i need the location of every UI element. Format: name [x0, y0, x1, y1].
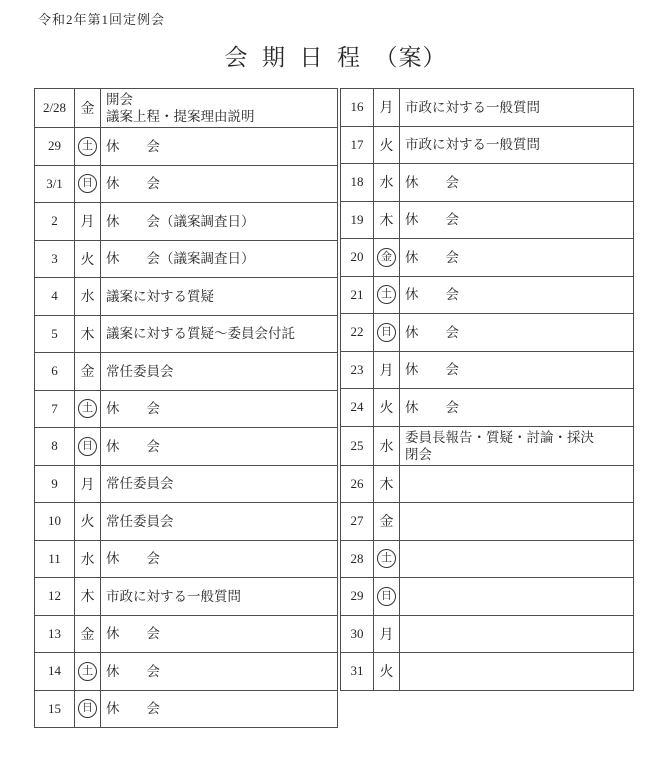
weekday-cell: 水 [374, 164, 400, 202]
agenda-line: 議案に対する質疑 [106, 288, 332, 305]
date-cell: 2 [35, 203, 75, 241]
date-cell: 8 [35, 428, 75, 466]
agenda-cell: 委員長報告・質疑・討論・採決閉会 [400, 426, 634, 465]
schedule-row: 11水休 会 [35, 540, 338, 578]
date-cell: 9 [35, 465, 75, 503]
agenda-cell: 常任委員会 [101, 353, 338, 391]
weekday-cell: 月 [75, 465, 101, 503]
document-page: 令和2年第1回定例会 会 期 日 程 （案） 2/28金開会議案上程・提案理由説… [0, 0, 671, 779]
agenda-line: 常任委員会 [106, 513, 332, 530]
session-label: 令和2年第1回定例会 [38, 9, 165, 28]
holiday-circle-mark: 土 [78, 662, 97, 681]
schedule-table-left: 2/28金開会議案上程・提案理由説明29土休 会3/1日休 会2月休 会（議案調… [34, 88, 338, 728]
weekday-cell: 木 [374, 201, 400, 239]
schedule-row: 28土 [341, 540, 634, 578]
weekday-cell: 火 [75, 240, 101, 278]
date-cell: 17 [341, 126, 374, 164]
schedule-row: 17火市政に対する一般質問 [341, 126, 634, 164]
agenda-cell: 休 会（議案調査日） [101, 240, 338, 278]
schedule-row: 26木 [341, 465, 634, 503]
page-title: 会 期 日 程 （案） [0, 39, 671, 72]
agenda-cell [400, 653, 634, 691]
agenda-line: 市政に対する一般質問 [106, 588, 332, 605]
agenda-line: 休 会 [106, 138, 332, 155]
agenda-cell: 休 会 [101, 390, 338, 428]
holiday-circle-mark: 日 [78, 437, 97, 456]
schedule-row: 9月常任委員会 [35, 465, 338, 503]
date-cell: 22 [341, 314, 374, 352]
date-cell: 21 [341, 276, 374, 314]
agenda-line: 休 会 [106, 700, 332, 717]
date-cell: 25 [341, 426, 374, 465]
agenda-cell: 開会議案上程・提案理由説明 [101, 89, 338, 128]
schedule-row: 25水委員長報告・質疑・討論・採決閉会 [341, 426, 634, 465]
weekday-cell: 金 [75, 89, 101, 128]
date-cell: 31 [341, 653, 374, 691]
weekday-cell: 金 [75, 615, 101, 653]
agenda-cell: 休 会 [101, 653, 338, 691]
agenda-cell: 休 会（議案調査日） [101, 203, 338, 241]
agenda-cell: 議案に対する質疑～委員会付託 [101, 315, 338, 353]
agenda-line: 休 会 [405, 399, 628, 416]
weekday-cell: 火 [374, 126, 400, 164]
holiday-circle-mark: 土 [78, 399, 97, 418]
agenda-cell: 休 会 [101, 165, 338, 203]
agenda-line: 休 会 [405, 286, 628, 303]
holiday-circle-mark: 土 [377, 285, 396, 304]
schedule-row: 12木市政に対する一般質問 [35, 578, 338, 616]
agenda-cell: 休 会 [400, 164, 634, 202]
schedule-row: 10火常任委員会 [35, 503, 338, 541]
agenda-line: 委員長報告・質疑・討論・採決 [405, 429, 628, 446]
schedule-row: 16月市政に対する一般質問 [341, 89, 634, 127]
weekday-cell: 火 [75, 503, 101, 541]
schedule-row: 21土休 会 [341, 276, 634, 314]
schedule-row: 14土休 会 [35, 653, 338, 691]
holiday-circle-mark: 日 [78, 174, 97, 193]
schedule-row: 3/1日休 会 [35, 165, 338, 203]
agenda-cell [400, 578, 634, 616]
weekday-cell: 月 [374, 89, 400, 127]
schedule-row: 3火休 会（議案調査日） [35, 240, 338, 278]
date-cell: 3/1 [35, 165, 75, 203]
schedule-row: 30月 [341, 615, 634, 653]
schedule-row: 8日休 会 [35, 428, 338, 466]
date-cell: 5 [35, 315, 75, 353]
date-cell: 3 [35, 240, 75, 278]
weekday-cell: 金 [75, 353, 101, 391]
weekday-cell: 日 [75, 165, 101, 203]
date-cell: 10 [35, 503, 75, 541]
date-cell: 4 [35, 278, 75, 316]
date-cell: 20 [341, 239, 374, 277]
date-cell: 14 [35, 653, 75, 691]
schedule-row: 24火休 会 [341, 389, 634, 427]
date-cell: 18 [341, 164, 374, 202]
agenda-line: 休 会 [405, 361, 628, 378]
agenda-line: 議案上程・提案理由説明 [106, 108, 332, 125]
date-cell: 27 [341, 503, 374, 541]
agenda-cell: 休 会 [400, 314, 634, 352]
agenda-cell: 休 会 [400, 239, 634, 277]
date-cell: 29 [35, 128, 75, 166]
weekday-cell: 木 [75, 315, 101, 353]
agenda-cell [400, 503, 634, 541]
weekday-cell: 木 [75, 578, 101, 616]
schedule-row: 29土休 会 [35, 128, 338, 166]
schedule-table-right: 16月市政に対する一般質問17火市政に対する一般質問18水休 会19木休 会20… [340, 88, 634, 691]
agenda-line: 閉会 [405, 446, 628, 463]
agenda-line: 開会 [106, 91, 332, 108]
agenda-line: 休 会 [405, 249, 628, 266]
schedule-row: 2月休 会（議案調査日） [35, 203, 338, 241]
schedule-row: 15日休 会 [35, 690, 338, 728]
date-cell: 16 [341, 89, 374, 127]
agenda-cell: 市政に対する一般質問 [400, 89, 634, 127]
agenda-cell [400, 540, 634, 578]
schedule-row: 2/28金開会議案上程・提案理由説明 [35, 89, 338, 128]
date-cell: 29 [341, 578, 374, 616]
weekday-cell: 日 [75, 690, 101, 728]
weekday-cell: 月 [374, 351, 400, 389]
holiday-circle-mark: 日 [377, 587, 396, 606]
schedule-row: 7土休 会 [35, 390, 338, 428]
agenda-cell: 市政に対する一般質問 [101, 578, 338, 616]
agenda-cell: 休 会 [400, 276, 634, 314]
date-cell: 24 [341, 389, 374, 427]
weekday-cell: 土 [374, 540, 400, 578]
date-cell: 23 [341, 351, 374, 389]
schedule-row: 29日 [341, 578, 634, 616]
date-cell: 19 [341, 201, 374, 239]
date-cell: 2/28 [35, 89, 75, 128]
schedule-row: 19木休 会 [341, 201, 634, 239]
agenda-line: 休 会 [106, 625, 332, 642]
agenda-line: 休 会 [106, 175, 332, 192]
agenda-cell: 休 会 [101, 428, 338, 466]
agenda-line: 休 会 [405, 324, 628, 341]
weekday-cell: 日 [374, 578, 400, 616]
agenda-cell: 休 会 [101, 128, 338, 166]
agenda-line: 常任委員会 [106, 363, 332, 380]
holiday-circle-mark: 金 [377, 248, 396, 267]
holiday-circle-mark: 日 [78, 699, 97, 718]
agenda-line: 議案に対する質疑～委員会付託 [106, 325, 332, 342]
agenda-line: 休 会 [106, 438, 332, 455]
schedule-row: 27金 [341, 503, 634, 541]
agenda-line: 市政に対する一般質問 [405, 136, 628, 153]
weekday-cell: 日 [75, 428, 101, 466]
weekday-cell: 木 [374, 465, 400, 503]
weekday-cell: 水 [75, 540, 101, 578]
schedule-row: 23月休 会 [341, 351, 634, 389]
weekday-cell: 水 [75, 278, 101, 316]
weekday-cell: 火 [374, 653, 400, 691]
schedule-row: 20金休 会 [341, 239, 634, 277]
date-cell: 12 [35, 578, 75, 616]
holiday-circle-mark: 土 [78, 137, 97, 156]
weekday-cell: 月 [374, 615, 400, 653]
weekday-cell: 火 [374, 389, 400, 427]
agenda-cell: 常任委員会 [101, 503, 338, 541]
holiday-circle-mark: 土 [377, 549, 396, 568]
agenda-cell: 議案に対する質疑 [101, 278, 338, 316]
schedule-row: 18水休 会 [341, 164, 634, 202]
agenda-cell: 休 会 [400, 201, 634, 239]
schedule-row: 31火 [341, 653, 634, 691]
agenda-line: 休 会 [405, 211, 628, 228]
weekday-cell: 日 [374, 314, 400, 352]
date-cell: 13 [35, 615, 75, 653]
agenda-line: 休 会 [106, 663, 332, 680]
weekday-cell: 土 [75, 653, 101, 691]
schedule-row: 5木議案に対する質疑～委員会付託 [35, 315, 338, 353]
date-cell: 15 [35, 690, 75, 728]
agenda-cell: 休 会 [400, 351, 634, 389]
agenda-line: 市政に対する一般質問 [405, 99, 628, 116]
agenda-cell [400, 615, 634, 653]
date-cell: 26 [341, 465, 374, 503]
schedule-row: 6金常任委員会 [35, 353, 338, 391]
agenda-cell: 休 会 [101, 540, 338, 578]
weekday-cell: 金 [374, 503, 400, 541]
agenda-cell [400, 465, 634, 503]
weekday-cell: 土 [374, 276, 400, 314]
agenda-cell: 休 会 [101, 690, 338, 728]
date-cell: 7 [35, 390, 75, 428]
agenda-line: 休 会（議案調査日） [106, 213, 332, 230]
agenda-line: 休 会 [106, 550, 332, 567]
date-cell: 30 [341, 615, 374, 653]
schedule-row: 22日休 会 [341, 314, 634, 352]
agenda-cell: 休 会 [101, 615, 338, 653]
weekday-cell: 土 [75, 390, 101, 428]
weekday-cell: 水 [374, 426, 400, 465]
schedule-row: 4水議案に対する質疑 [35, 278, 338, 316]
date-cell: 6 [35, 353, 75, 391]
holiday-circle-mark: 日 [377, 323, 396, 342]
date-cell: 28 [341, 540, 374, 578]
agenda-line: 休 会（議案調査日） [106, 250, 332, 267]
weekday-cell: 土 [75, 128, 101, 166]
weekday-cell: 月 [75, 203, 101, 241]
agenda-cell: 休 会 [400, 389, 634, 427]
date-cell: 11 [35, 540, 75, 578]
weekday-cell: 金 [374, 239, 400, 277]
schedule-row: 13金休 会 [35, 615, 338, 653]
agenda-cell: 市政に対する一般質問 [400, 126, 634, 164]
schedule-tables: 2/28金開会議案上程・提案理由説明29土休 会3/1日休 会2月休 会（議案調… [34, 88, 636, 728]
agenda-line: 休 会 [106, 400, 332, 417]
agenda-line: 常任委員会 [106, 475, 332, 492]
agenda-cell: 常任委員会 [101, 465, 338, 503]
agenda-line: 休 会 [405, 174, 628, 191]
